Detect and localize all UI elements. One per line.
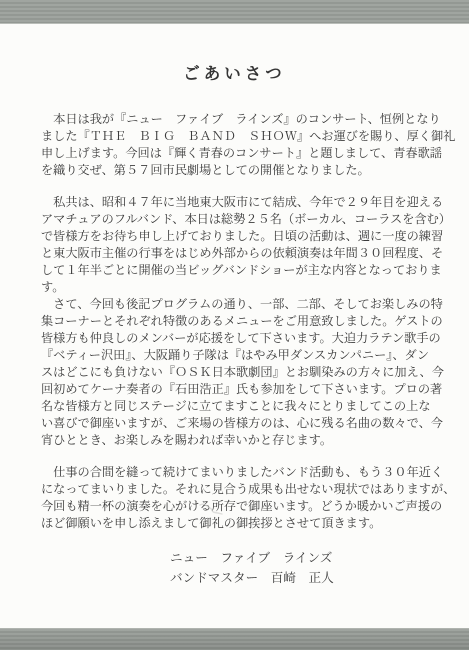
paragraph: 私共は、昭和４７年に当地東大阪市にて結成、今年で２９年目を迎えるアマチュアのフル… — [41, 194, 428, 296]
paragraph: 本日は我が『ニュー ファイブ ラインズ』のコンサート、恒例となりました『ＴＨＥ … — [41, 111, 428, 179]
letter-body: 本日は我が『ニュー ファイブ ラインズ』のコンサート、恒例となりました『ＴＨＥ … — [41, 111, 428, 532]
scan-bottom-band — [0, 628, 469, 650]
letter-page: ごあいさつ 本日は我が『ニュー ファイブ ラインズ』のコンサート、恒例となりまし… — [0, 24, 469, 594]
text-line: して１年半ごとに開催の当ビッグバンドショーが主な内容となっておりま — [41, 262, 428, 279]
paragraph: さて、今回も後記プログラムの通り、一部、二部、そしてお楽しみの特集コーナーとそれ… — [41, 296, 428, 449]
text-line: 集コーナーとそれぞれ特徴のあるメニューをご用意致しました。ゲストの — [41, 313, 428, 330]
scan-top-band — [0, 0, 469, 24]
text-line: 仕事の合間を縫って続けてまいりましたバンド活動も、もう３０年近く — [41, 464, 428, 481]
paragraph: 仕事の合間を縫って続けてまいりましたバンド活動も、もう３０年近くになってまいりま… — [41, 464, 428, 532]
text-line: 今回も精一杯の演奏を心がける所存で御座います。どうか暖かいご声援の — [41, 498, 428, 515]
text-line: 回初めてケーナ奏者の『石田浩正』氏も参加をして下さいます。プロの著 — [41, 381, 428, 398]
text-line: 私共は、昭和４７年に当地東大阪市にて結成、今年で２９年目を迎える — [41, 194, 428, 211]
text-line: す。 — [41, 279, 428, 296]
text-line: を織り交ぜ、第５７回市民劇場としての開催となりました。 — [41, 162, 428, 179]
text-line: 『ベティー沢田』、大阪踊り子隊は『はやみ甲ダンスカンパニー』、ダン — [41, 347, 428, 364]
text-line: 宵ひととき、お楽しみを賜われば幸いかと存じます。 — [41, 432, 428, 449]
text-line: スはどこにも負けない『ＯＳＫ日本歌劇団』とお馴染みの方々に加え、今 — [41, 364, 428, 381]
text-line: ました『ＴＨＥ ＢＩＧ ＢＡＮＤ ＳＨＯＷ』へお運びを賜り、厚く御礼 — [41, 128, 428, 145]
text-line: になってまいりました。それに見合う成果も出せない現状ではありますが、 — [41, 481, 428, 498]
text-line: で皆様方をお待ち申し上げておりました。日頃の活動は、週に一度の練習 — [41, 228, 428, 245]
scanned-page: ごあいさつ 本日は我が『ニュー ファイブ ラインズ』のコンサート、恒例となりまし… — [0, 0, 469, 650]
text-line: い喜びで御座いますが、ご来場の皆様方のは、心に残る名曲の数々で、今 — [41, 415, 428, 432]
text-line: と東大阪市主催の行事をはじめ外部からの依頼演奏は年間３０回程度、そ — [41, 245, 428, 262]
signature-band-name: ニュー ファイブ ラインズ — [170, 548, 428, 568]
signature-block: ニュー ファイブ ラインズ バンドマスター 百崎 正人 — [41, 548, 428, 588]
text-line: 名な皆様方と同じステージに立てますことに我々にとりましてこの上な — [41, 398, 428, 415]
page-title: ごあいさつ — [41, 60, 428, 84]
text-line: ほど御願いを申し添えまして御礼の御挨拶とさせて頂きます。 — [41, 515, 428, 532]
pen-mark-squiggle — [198, 502, 224, 521]
signature-bandmaster: バンドマスター 百崎 正人 — [170, 568, 428, 588]
text-line: 本日は我が『ニュー ファイブ ラインズ』のコンサート、恒例となり — [41, 111, 428, 128]
text-line: さて、今回も後記プログラムの通り、一部、二部、そしてお楽しみの特 — [41, 296, 428, 313]
text-line: アマチュアのフルバンド、本日は総勢２５名（ボーカル、コーラスを含む） — [41, 211, 428, 228]
text-line: 申し上げます。今回は『輝く青春のコンサート』と題しまして、青春歌謡 — [41, 145, 428, 162]
text-line: 皆様方も仲良しのメンバーが応援をして下さいます。大迫力ラテン歌手の — [41, 330, 428, 347]
